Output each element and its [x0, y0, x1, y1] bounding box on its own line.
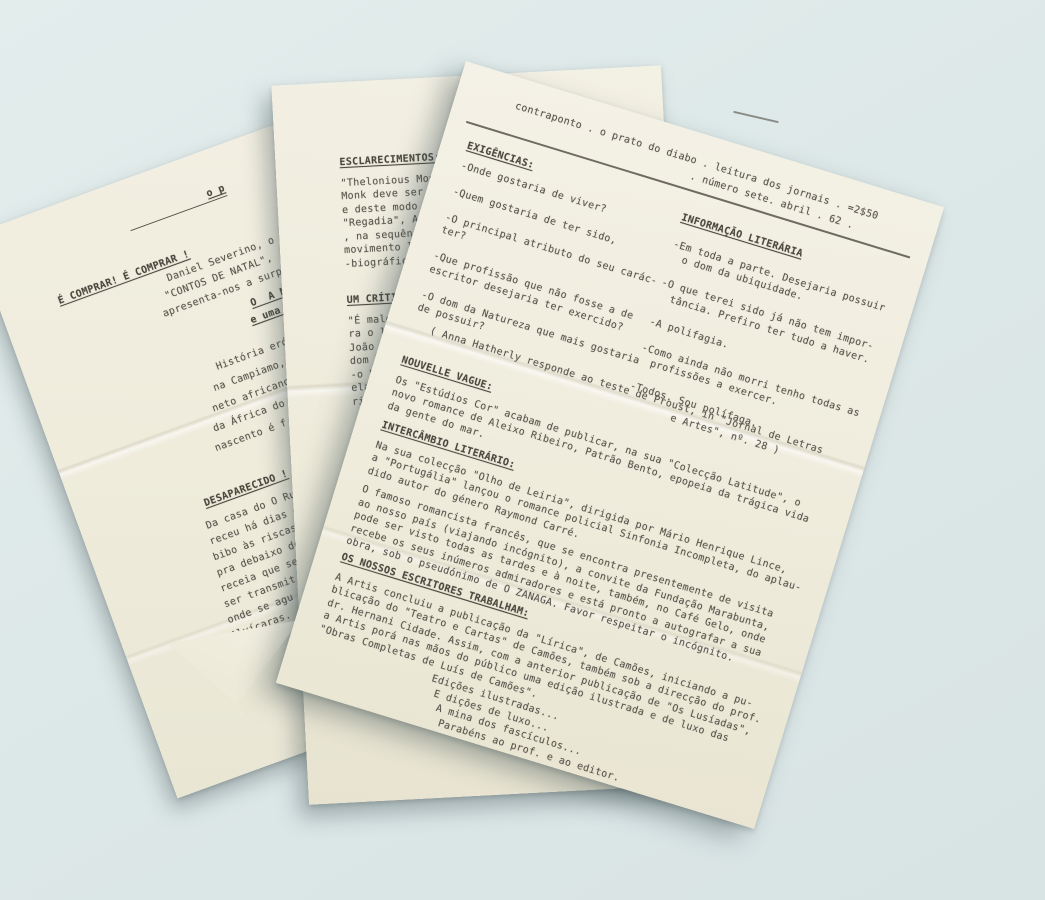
photo-background: o p É COMPRAR! É COMPRAR ! Daniel Severi…	[0, 0, 1045, 900]
pencil-mark	[733, 111, 778, 123]
left-page-top-fragment: o p	[126, 182, 228, 231]
